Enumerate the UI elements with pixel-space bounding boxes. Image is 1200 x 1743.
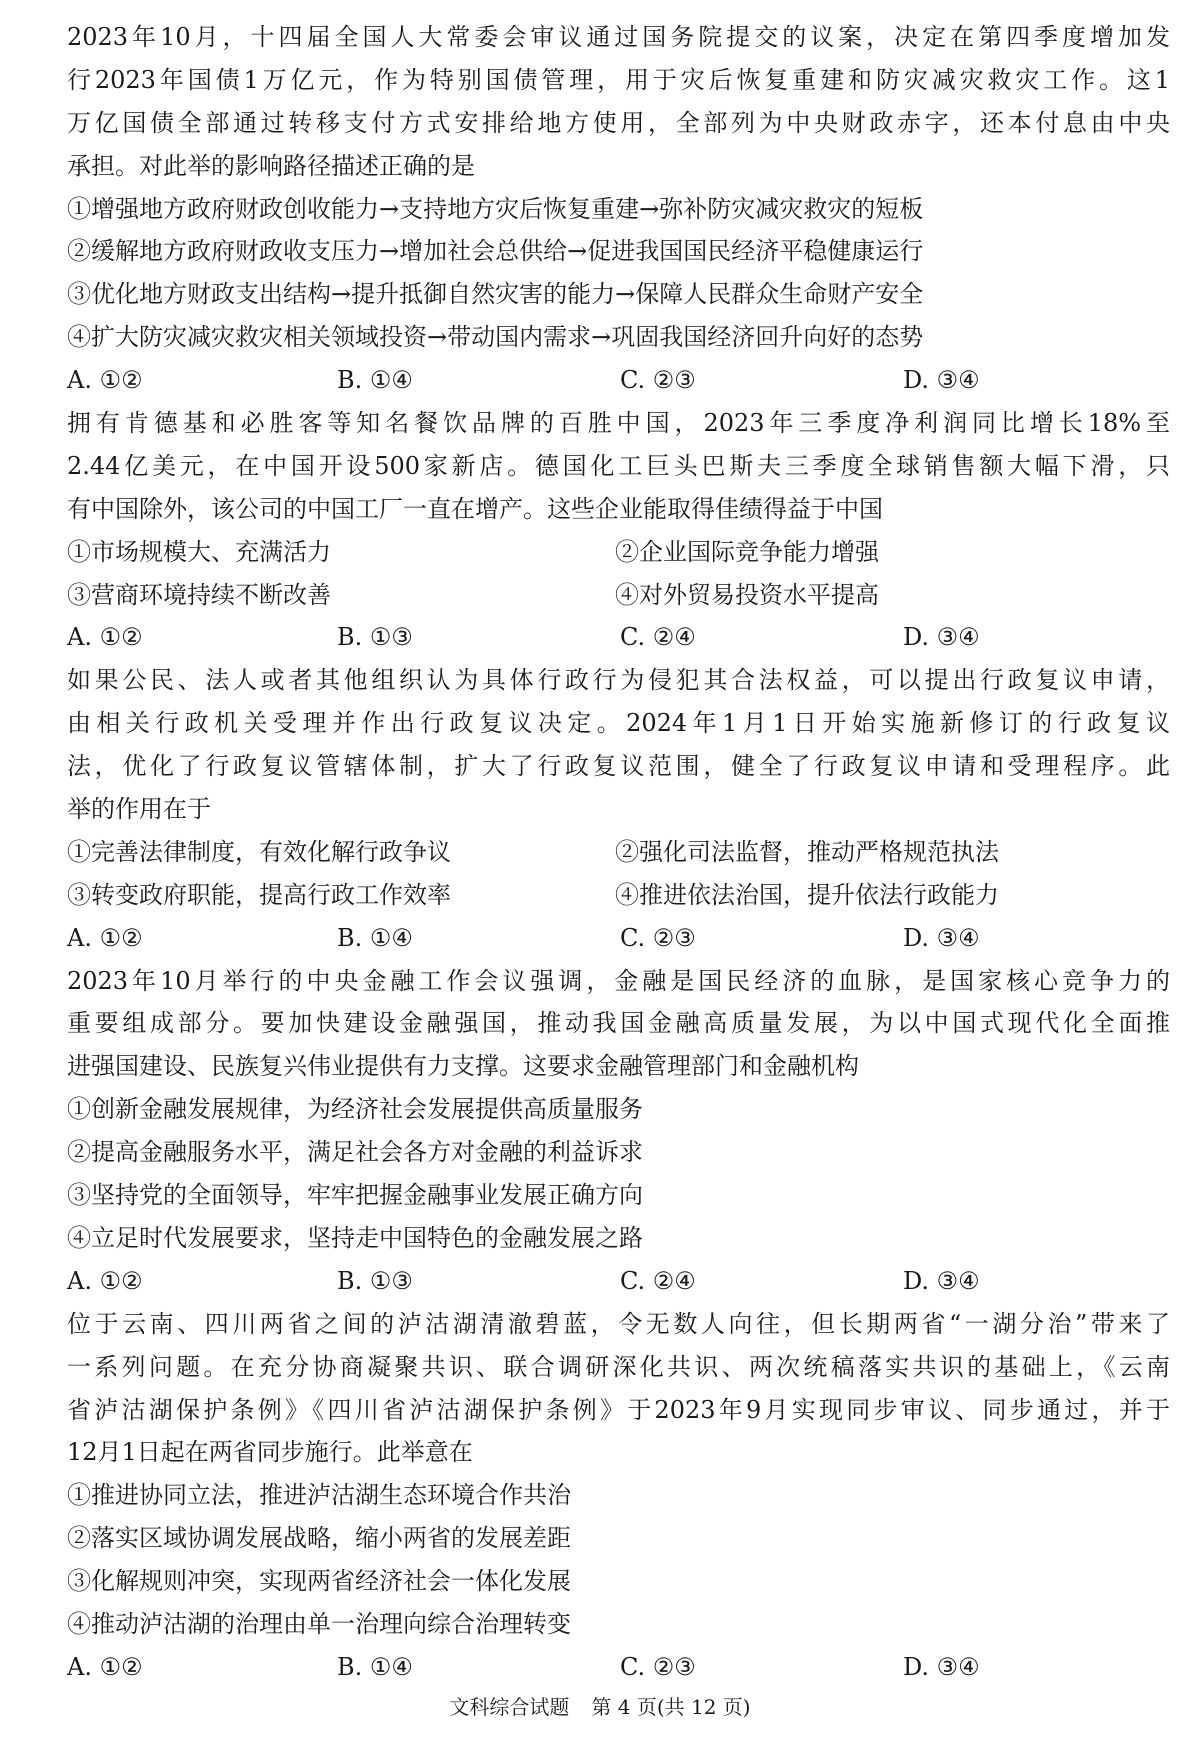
answer-c: C. ②③ xyxy=(620,359,903,402)
footer-subject: 文科综合试题 xyxy=(449,1695,569,1719)
question-18: 18.拥有肯德基和必胜客等知名餐饮品牌的百胜中国，2023年三季度净利润同比增长… xyxy=(0,402,1200,659)
answer-b: B. ①④ xyxy=(337,359,620,402)
answer-a: A. ①② xyxy=(67,1646,337,1689)
stem-text: 2023年10月，十四届全国人大常委会审议通过国务院提交的议案，决定在第四季度增… xyxy=(67,23,1170,51)
answer-d: D. ③④ xyxy=(903,616,1103,659)
option-2: ②落实区域协调发展战略，缩小两省的发展差距 xyxy=(67,1517,1200,1560)
question-stem-line: 20.2023年10月举行的中央金融工作会议强调，金融是国民经济的血脉，是国家核… xyxy=(67,960,1170,1003)
option-2: ②缓解地方政府财政收支压力→增加社会总供给→促进我国国民经济平稳健康运行 xyxy=(67,230,1200,273)
question-19: 19.如果公民、法人或者其他组织认为具体行政行为侵犯其合法权益，可以提出行政复议… xyxy=(0,659,1200,959)
question-stem-line: 进强国建设、民族复兴伟业提供有力支撑。这要求金融管理部门和金融机构 xyxy=(67,1045,1170,1088)
answer-choices: A. ①② B. ①③ C. ②④ D. ③④ xyxy=(67,1260,1200,1303)
option-2: ②企业国际竞争能力增强 xyxy=(615,531,1163,574)
answer-choices: A. ①② B. ①③ C. ②④ D. ③④ xyxy=(67,616,1200,659)
option-3: ③营商环境持续不断改善 xyxy=(67,574,615,617)
stem-text: 拥有肯德基和必胜客等知名餐饮品牌的百胜中国，2023年三季度净利润同比增长18%… xyxy=(67,409,1170,437)
question-stem-line: 18.拥有肯德基和必胜客等知名餐饮品牌的百胜中国，2023年三季度净利润同比增长… xyxy=(67,402,1170,445)
answer-c: C. ②③ xyxy=(620,917,903,960)
question-stem-line: 万亿国债全部通过转移支付方式安排给地方使用，全部列为中央财政赤字，还本付息由中央 xyxy=(67,102,1170,145)
question-stem-line: 19.如果公民、法人或者其他组织认为具体行政行为侵犯其合法权益，可以提出行政复议… xyxy=(67,659,1170,702)
option-3: ③转变政府职能，提高行政工作效率 xyxy=(67,874,615,917)
answer-d: D. ③④ xyxy=(903,1260,1103,1303)
options-row: ①市场规模大、充满活力 ②企业国际竞争能力增强 xyxy=(67,531,1200,574)
options-row: ③转变政府职能，提高行政工作效率 ④推进依法治国，提升依法行政能力 xyxy=(67,874,1200,917)
answer-b: B. ①④ xyxy=(337,917,620,960)
option-3: ③化解规则冲突，实现两省经济社会一体化发展 xyxy=(67,1560,1200,1603)
option-4: ④立足时代发展要求，坚持走中国特色的金融发展之路 xyxy=(67,1217,1200,1260)
option-4: ④推进依法治国，提升依法行政能力 xyxy=(615,874,1163,917)
option-4: ④对外贸易投资水平提高 xyxy=(615,574,1163,617)
question-20: 20.2023年10月举行的中央金融工作会议强调，金融是国民经济的血脉，是国家核… xyxy=(0,960,1200,1303)
option-3: ③优化地方财政支出结构→提升抵御自然灾害的能力→保障人民群众生命财产安全 xyxy=(67,273,1200,316)
answer-c: C. ②③ xyxy=(620,1646,903,1689)
question-stem-line: 重要组成部分。要加快建设金融强国，推动我国金融高质量发展，为以中国式现代化全面推 xyxy=(67,1002,1170,1045)
option-4: ④推动泸沽湖的治理由单一治理向综合治理转变 xyxy=(67,1603,1200,1646)
option-1: ①创新金融发展规律，为经济社会发展提供高质量服务 xyxy=(67,1088,1200,1131)
footer-page-number: 第 4 页(共 12 页) xyxy=(591,1695,750,1719)
answer-a: A. ①② xyxy=(67,359,337,402)
option-1: ①推进协同立法，推进泸沽湖生态环境合作共治 xyxy=(67,1474,1200,1517)
question-stem-line: 由相关行政机关受理并作出行政复议决定。2024年1月1日开始实施新修订的行政复议 xyxy=(67,702,1170,745)
option-1: ①完善法律制度，有效化解行政争议 xyxy=(67,831,615,874)
answer-a: A. ①② xyxy=(67,1260,337,1303)
option-2: ②提高金融服务水平，满足社会各方对金融的利益诉求 xyxy=(67,1131,1200,1174)
question-17: 17.2023年10月，十四届全国人大常委会审议通过国务院提交的议案，决定在第四… xyxy=(0,16,1200,402)
page-footer: 文科综合试题第 4 页(共 12 页) xyxy=(0,1693,1200,1721)
options-row: ③营商环境持续不断改善 ④对外贸易投资水平提高 xyxy=(67,574,1200,617)
question-stem-line: 12月1日起在两省同步施行。此举意在 xyxy=(67,1431,1170,1474)
options-row: ①完善法律制度，有效化解行政争议 ②强化司法监督，推动严格规范执法 xyxy=(67,831,1200,874)
stem-text: 如果公民、法人或者其他组织认为具体行政行为侵犯其合法权益，可以提出行政复议申请， xyxy=(67,666,1170,694)
question-stem-line: 有中国除外，该公司的中国工厂一直在增产。这些企业能取得佳绩得益于中国 xyxy=(67,488,1170,531)
question-stem-line: 举的作用在于 xyxy=(67,788,1170,831)
exam-page: 17.2023年10月，十四届全国人大常委会审议通过国务院提交的议案，决定在第四… xyxy=(0,16,1200,1689)
question-stem-line: 一系列问题。在充分协商凝聚共识、联合调研深化共识、两次统稿落实共识的基础上，《云… xyxy=(67,1346,1170,1389)
answer-b: B. ①③ xyxy=(337,1260,620,1303)
answer-choices: A. ①② B. ①④ C. ②③ D. ③④ xyxy=(67,359,1200,402)
question-stem-line: 2.44亿美元，在中国开设500家新店。德国化工巨头巴斯夫三季度全球销售额大幅下… xyxy=(67,445,1170,488)
answer-d: D. ③④ xyxy=(903,1646,1103,1689)
option-2: ②强化司法监督，推动严格规范执法 xyxy=(615,831,1163,874)
question-stem-line: 17.2023年10月，十四届全国人大常委会审议通过国务院提交的议案，决定在第四… xyxy=(67,16,1170,59)
answer-a: A. ①② xyxy=(67,917,337,960)
question-stem-line: 省泸沽湖保护条例》《四川省泸沽湖保护条例》于2023年9月实现同步审议、同步通过… xyxy=(67,1389,1170,1432)
option-1: ①增强地方政府财政创收能力→支持地方灾后恢复重建→弥补防灾减灾救灾的短板 xyxy=(67,188,1200,231)
question-stem-line: 21.位于云南、四川两省之间的泸沽湖清澈碧蓝，令无数人向往，但长期两省“一湖分治… xyxy=(67,1303,1170,1346)
question-stem-line: 承担。对此举的影响路径描述正确的是 xyxy=(67,145,1170,188)
answer-b: B. ①③ xyxy=(337,616,620,659)
answer-choices: A. ①② B. ①④ C. ②③ D. ③④ xyxy=(67,917,1200,960)
answer-d: D. ③④ xyxy=(903,359,1103,402)
option-3: ③坚持党的全面领导，牢牢把握金融事业发展正确方向 xyxy=(67,1174,1200,1217)
answer-c: C. ②④ xyxy=(620,616,903,659)
answer-c: C. ②④ xyxy=(620,1260,903,1303)
question-stem-line: 法，优化了行政复议管辖体制，扩大了行政复议范围，健全了行政复议申请和受理程序。此 xyxy=(67,745,1170,788)
answer-choices: A. ①② B. ①④ C. ②③ D. ③④ xyxy=(67,1646,1200,1689)
answer-d: D. ③④ xyxy=(903,917,1103,960)
stem-text: 2023年10月举行的中央金融工作会议强调，金融是国民经济的血脉，是国家核心竞争… xyxy=(67,967,1170,995)
question-21: 21.位于云南、四川两省之间的泸沽湖清澈碧蓝，令无数人向往，但长期两省“一湖分治… xyxy=(0,1303,1200,1689)
answer-b: B. ①④ xyxy=(337,1646,620,1689)
answer-a: A. ①② xyxy=(67,616,337,659)
option-1: ①市场规模大、充满活力 xyxy=(67,531,615,574)
option-4: ④扩大防灾减灾救灾相关领域投资→带动国内需求→巩固我国经济回升向好的态势 xyxy=(67,316,1200,359)
stem-text: 位于云南、四川两省之间的泸沽湖清澈碧蓝，令无数人向往，但长期两省“一湖分治”带来… xyxy=(67,1310,1170,1338)
question-stem-line: 行2023年国债1万亿元，作为特别国债管理，用于灾后恢复重建和防灾减灾救灾工作。… xyxy=(67,59,1170,102)
